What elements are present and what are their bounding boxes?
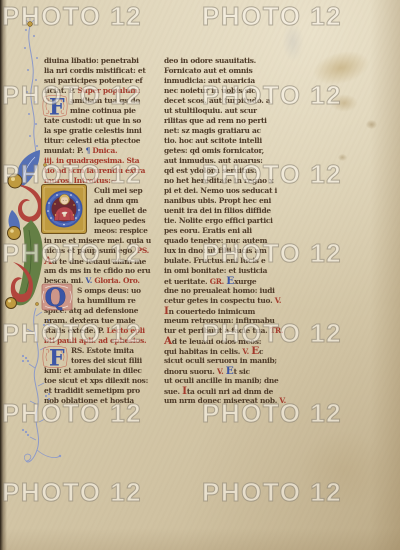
initial-letter: F — [49, 346, 65, 372]
text-line: lux in dno: ut filii lucis am — [164, 246, 274, 256]
text-segment: et ueritate. — [164, 277, 210, 286]
text-line: meum retrorsum: infirmabu — [164, 316, 274, 326]
text-segment: lia nri cordis mistificat: et — [44, 66, 146, 75]
text-segment: pi et dei. Nemo uos seducat i — [164, 186, 277, 195]
right-column-text: deo in odore suauitatis.Fornicato aut et… — [164, 56, 274, 406]
text-line: tio ad scm laurentiu extra — [44, 166, 154, 176]
text-segment: Culi mei sep — [94, 186, 142, 195]
text-line: toe sicut et xps dilexit nos: — [44, 376, 154, 386]
text-segment: tio ad scm laurentiu extra — [44, 166, 145, 175]
text-segment: n couertedo inimicum — [169, 307, 255, 316]
text-line: Ad te dne leuaui aiam me — [44, 256, 154, 266]
text-line: cetur getes in cospectu tuo. V. — [164, 296, 274, 306]
text-line: qui habitas in celis. V. Ec — [164, 346, 274, 356]
text-segment: nob oblatione et hostia — [44, 396, 134, 405]
text-segment: GR. — [210, 277, 227, 286]
gold-dot — [28, 22, 33, 27]
text-segment: nicus et paup sum ego. — [44, 246, 137, 255]
text-line: sue. Ita oculi nri ad dnm de — [164, 386, 274, 396]
text-line: quado tenebre: nuc autem — [164, 236, 274, 246]
text-segment: muniat: P. — [44, 146, 86, 155]
text-line: statis extede. P. Lecto epli — [44, 326, 154, 336]
text-segment: V. — [217, 367, 226, 376]
text-segment: inmudicia: aut auaricia — [164, 76, 255, 85]
text-line: uenit ira dei in filios diffide — [164, 206, 274, 216]
text-line: titur: celesti etia ptectoe — [44, 136, 154, 146]
decorated-initial-q-quaesumus: Q — [41, 283, 73, 317]
text-line: muniat: P. ¶ Dnica. — [44, 146, 154, 156]
text-column-right: deo in odore suauitatis.Fornicato aut et… — [164, 56, 274, 406]
text-segment: la spe gratie celestis inni — [44, 126, 142, 135]
text-line: nob oblatione et hostia — [44, 396, 154, 406]
text-segment: tie. Nolite ergo effici partici — [164, 216, 273, 225]
text-segment: Gloria. Oro. — [94, 276, 139, 285]
text-segment: meum retrorsum: infirmabu — [164, 316, 275, 325]
manuscript-page-photo: F — [0, 0, 400, 550]
text-segment: S omps deus: uo — [77, 286, 141, 295]
text-segment: nanibus ubis. Propt hec eni — [164, 196, 271, 205]
text-segment: dnoru suoru. — [164, 367, 217, 376]
text-segment: tores dei sicut filii — [71, 356, 142, 365]
text-segment: tur et peribunt a facie tua. — [164, 326, 270, 335]
text-line: qd est ydoloru seruitus: — [164, 166, 274, 176]
text-segment: TR. — [270, 326, 283, 335]
text-segment: diuina libatio: penetrabi — [44, 56, 139, 65]
text-line: lia nri cordis mistificat: et — [44, 66, 154, 76]
text-line: deo in odore suauitatis. — [164, 56, 274, 66]
text-line: no het hereditate in regno x — [164, 176, 274, 186]
stock-photo-preview: F — [0, 0, 400, 550]
text-segment: RS. Estote imita — [71, 346, 134, 355]
text-segment: cetur getes in cospectu tuo. — [164, 296, 275, 305]
text-segment: PS. — [137, 246, 149, 255]
text-line: nanibus ubis. Propt hec eni — [164, 196, 274, 206]
text-segment: deo in odore suauitatis. — [164, 56, 256, 65]
text-segment: lux in dno: ut filii lucis am — [164, 246, 267, 255]
text-segment: d te dne leuaui aiam me — [52, 257, 146, 266]
text-line: Fornicato aut et omnis — [164, 66, 274, 76]
text-segment: Fornicato aut et omnis — [164, 66, 252, 75]
text-line: tie. Nolite ergo effici partici — [164, 216, 274, 226]
text-line: rilitas que ad rem no perti — [164, 116, 274, 126]
text-line: dne no preualeat homo: iudi — [164, 286, 274, 296]
text-line: sui participes potenter ef — [44, 76, 154, 86]
text-segment: Dnica. — [92, 146, 117, 155]
text-segment: in omi bonitate: et iusticia — [164, 266, 267, 275]
text-segment: aut inmudus. aut auarus: — [164, 156, 263, 165]
text-segment: qd est ydoloru seruitus: — [164, 166, 256, 175]
text-segment: no het hereditate in regno x — [164, 176, 273, 185]
text-segment: bulate. Fructus eni lucis e — [164, 256, 265, 265]
text-segment: in me et misere mei. quia u — [44, 236, 151, 245]
text-segment: ipe euellet de — [94, 206, 147, 215]
text-segment: sui participes potenter ef — [44, 76, 142, 85]
stain — [330, 94, 358, 112]
text-segment: rilitas que ad rem no perti — [164, 116, 267, 125]
text-segment: ad dnm qm — [94, 196, 138, 205]
text-segment: c — [259, 347, 263, 356]
text-segment: uenit ira dei in filios diffide — [164, 206, 271, 215]
text-segment: getes: qd omis fornicator, — [164, 146, 264, 155]
text-line: pi et dei. Nemo uos seducat i — [164, 186, 274, 196]
text-segment: meos: respice — [94, 226, 148, 235]
text-segment: V. — [242, 347, 251, 356]
text-segment: qui habitas in celis. — [164, 347, 242, 356]
text-line: pes eoru. Eratis eni ali — [164, 226, 274, 236]
text-line: la spe gratie celestis inni — [44, 126, 154, 136]
text-segment: um nrm donec misereat nob. — [164, 396, 279, 405]
decorated-initial-f-familiam: F — [42, 94, 68, 118]
text-segment: nec noietur in uobis sic — [164, 86, 255, 95]
text-line: diuina libatio: penetrabi — [44, 56, 154, 66]
text-segment: tio. hoc aut scitote intelli — [164, 136, 262, 145]
text-segment: dne no preualeat homo: iudi — [164, 286, 275, 295]
text-line: et ueritate. GR. Exurge — [164, 276, 274, 286]
text-segment: d te leuaui oclos meos: — [172, 337, 261, 346]
text-line: getes: qd omis fornicator, — [164, 146, 274, 156]
text-line: in me et misere mei. quia u — [44, 236, 154, 246]
text-segment: laqueo pedes — [94, 216, 145, 225]
decorated-initial-f-fratres: F — [42, 345, 68, 369]
text-segment: toe sicut et xps dilexit nos: — [44, 376, 148, 385]
text-segment: Super populum: — [77, 86, 140, 95]
text-segment: ta oculi nri ad dnm de — [187, 387, 273, 396]
penwork-flourish-top — [26, 18, 36, 153]
historiated-initial-o-oculi — [41, 184, 87, 234]
text-segment: xurge — [234, 277, 256, 286]
text-segment: decet scos. aut turpitudo. a — [164, 96, 270, 105]
initial-letter: Q — [45, 283, 67, 312]
text-segment: am ds ms in te cfido no eru — [44, 266, 150, 275]
initial-letter: F — [49, 95, 65, 121]
text-line: sicut oculi seruoru in manib; — [164, 356, 274, 366]
page-edge-shadow-right — [370, 0, 400, 550]
text-line: et tradidit semetipm pro — [44, 386, 154, 396]
text-line: inmudicia: aut auaricia — [164, 76, 274, 86]
text-segment: pes eoru. Eratis eni ali — [164, 226, 252, 235]
ink-showthrough — [282, 22, 304, 62]
text-line: tio. hoc aut scitote intelli — [164, 136, 274, 146]
text-segment: statis extede. P. — [44, 326, 107, 335]
text-segment: mine cotinua pie — [70, 106, 136, 115]
page-edge-shadow-bottom — [0, 528, 400, 550]
text-line: in omi bonitate: et iusticia — [164, 266, 274, 276]
text-line: ut oculi ancille in manib; dne — [164, 376, 274, 386]
text-segment: amiliam tua qs do — [70, 96, 140, 105]
text-segment: sue. — [164, 387, 182, 396]
text-segment: V. — [275, 296, 282, 305]
text-column-left: F — [44, 56, 154, 406]
text-segment: bti pauli apli. ad ephesios. — [44, 336, 146, 345]
text-line: bulate. Fructus eni lucis e — [164, 256, 274, 266]
text-segment: net: sz magis gratiaru ac — [164, 126, 261, 135]
text-segment: quado tenebre: nuc autem — [164, 236, 267, 245]
text-line: tur et peribunt a facie tua. TR. — [164, 326, 274, 336]
text-segment: t sic — [234, 367, 250, 376]
text-segment: V. — [279, 396, 286, 405]
text-line: nec noietur in uobis sic — [164, 86, 274, 96]
text-line: ut stultiloquiu. aut scur — [164, 106, 274, 116]
text-segment: iij. in quadragesima. Sta — [44, 156, 139, 165]
text-segment: Lecto epli — [107, 326, 145, 335]
text-line: am ds ms in te cfido no eru — [44, 266, 154, 276]
book-gutter-edge — [0, 0, 7, 550]
text-line: aut inmudus. aut auarus: — [164, 156, 274, 166]
text-line: decet scos. aut turpitudo. a — [164, 96, 274, 106]
text-line: dnoru suoru. V. Et sic — [164, 366, 274, 376]
text-line: net: sz magis gratiaru ac — [164, 126, 274, 136]
stain — [338, 154, 347, 161]
text-segment: ta humilium re — [77, 296, 136, 305]
text-line: nram. dextera tue maie — [44, 316, 154, 326]
text-segment: titur: celesti etia ptectoe — [44, 136, 140, 145]
text-line: In couertedo inimicum — [164, 306, 274, 316]
text-segment: et tradidit semetipm pro — [44, 386, 140, 395]
text-segment: ut oculi ancille in manib; dne — [164, 376, 278, 385]
text-segment: sicut oculi seruoru in manib; — [164, 356, 277, 365]
text-segment: ut stultiloquiu. aut scur — [164, 106, 257, 115]
text-line: iij. in quadragesima. Sta — [44, 156, 154, 166]
text-line: nicus et paup sum ego. PS. — [44, 246, 154, 256]
text-segment: nram. dextera tue maie — [44, 316, 135, 325]
text-line: um nrm donec misereat nob. V. — [164, 396, 274, 406]
